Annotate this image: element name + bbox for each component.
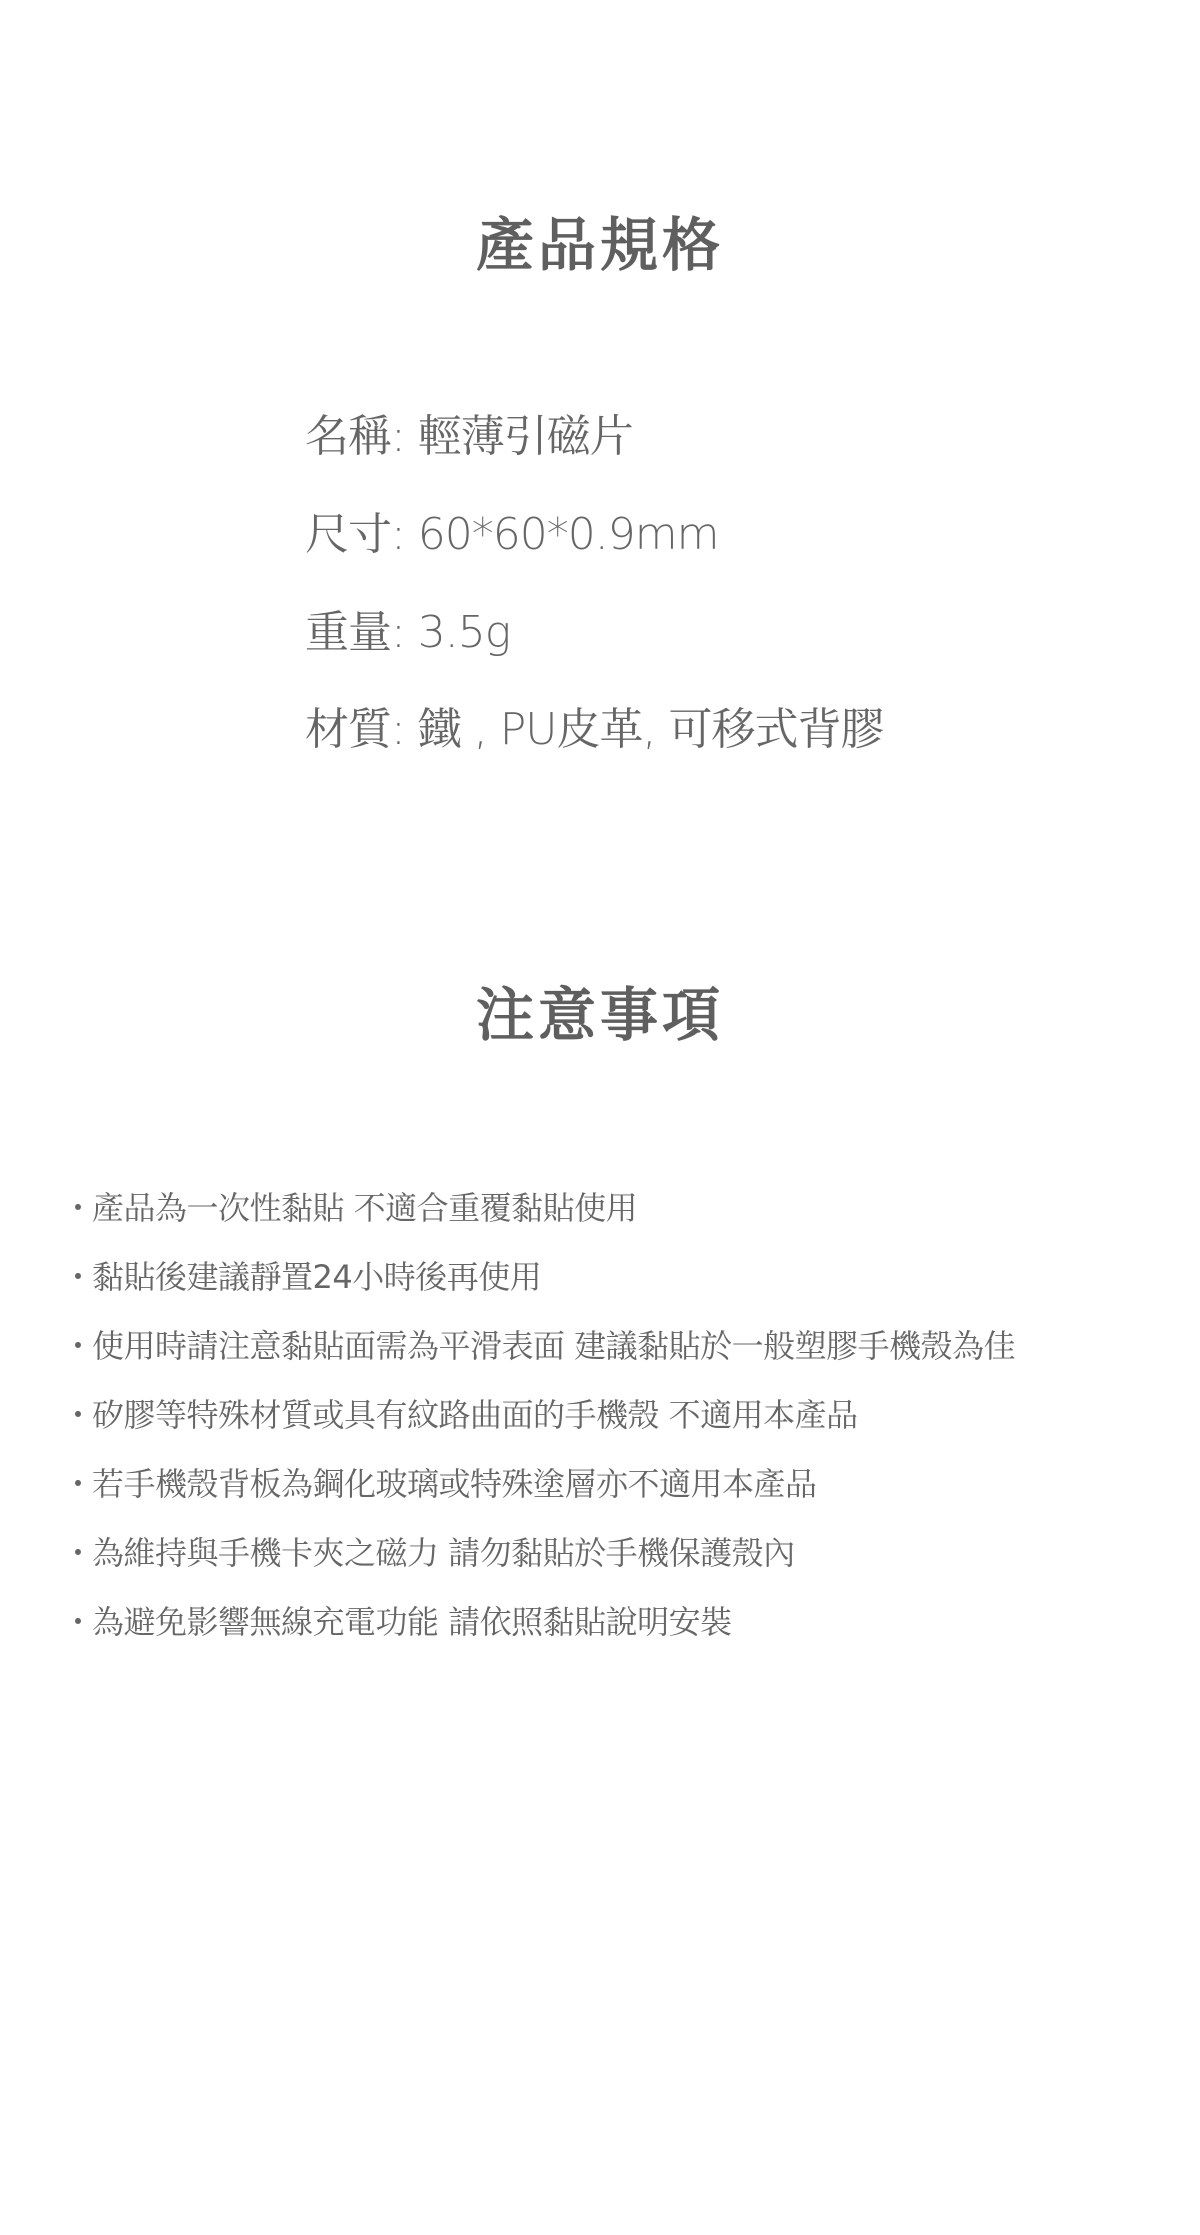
note-text: 黏貼後建議靜置24小時後再使用 (92, 1258, 541, 1296)
note-text: 為避免影響無線充電功能 請依照黏貼說明安裝 (92, 1603, 732, 1641)
bullet-icon: ・ (62, 1324, 92, 1368)
note-item: ・產品為一次性黏貼 不適合重覆黏貼使用 (62, 1186, 637, 1230)
note-item: ・黏貼後建議靜置24小時後再使用 (62, 1255, 541, 1299)
spec-size: 尺寸: 60*60*0.9mm (305, 505, 718, 565)
specs-title: 產品規格 (0, 210, 1200, 280)
note-item: ・矽膠等特殊材質或具有紋路曲面的手機殼 不適用本產品 (62, 1393, 858, 1437)
note-item: ・為避免影響無線充電功能 請依照黏貼說明安裝 (62, 1600, 732, 1644)
bullet-icon: ・ (62, 1393, 92, 1437)
note-text: 為維持與手機卡夾之磁力 請勿黏貼於手機保護殼內 (92, 1534, 795, 1572)
bullet-icon: ・ (62, 1255, 92, 1299)
note-text: 使用時請注意黏貼面需為平滑表面 建議黏貼於一般塑膠手機殼為佳 (92, 1327, 1015, 1365)
note-text: 矽膠等特殊材質或具有紋路曲面的手機殼 不適用本產品 (92, 1396, 858, 1434)
bullet-icon: ・ (62, 1462, 92, 1506)
notes-title: 注意事項 (0, 980, 1200, 1050)
bullet-icon: ・ (62, 1600, 92, 1644)
bullet-icon: ・ (62, 1186, 92, 1230)
note-item: ・使用時請注意黏貼面需為平滑表面 建議黏貼於一般塑膠手機殼為佳 (62, 1324, 1015, 1368)
bullet-icon: ・ (62, 1531, 92, 1575)
note-text: 產品為一次性黏貼 不適合重覆黏貼使用 (92, 1189, 637, 1227)
note-text: 若手機殼背板為鋼化玻璃或特殊塗層亦不適用本產品 (92, 1465, 817, 1503)
spec-name: 名稱: 輕薄引磁片 (305, 407, 633, 467)
note-item: ・為維持與手機卡夾之磁力 請勿黏貼於手機保護殼內 (62, 1531, 795, 1575)
note-item: ・若手機殼背板為鋼化玻璃或特殊塗層亦不適用本產品 (62, 1462, 817, 1506)
spec-material: 材質: 鐵 , PU皮革, 可移式背膠 (305, 700, 883, 760)
spec-weight: 重量: 3.5g (305, 603, 510, 663)
